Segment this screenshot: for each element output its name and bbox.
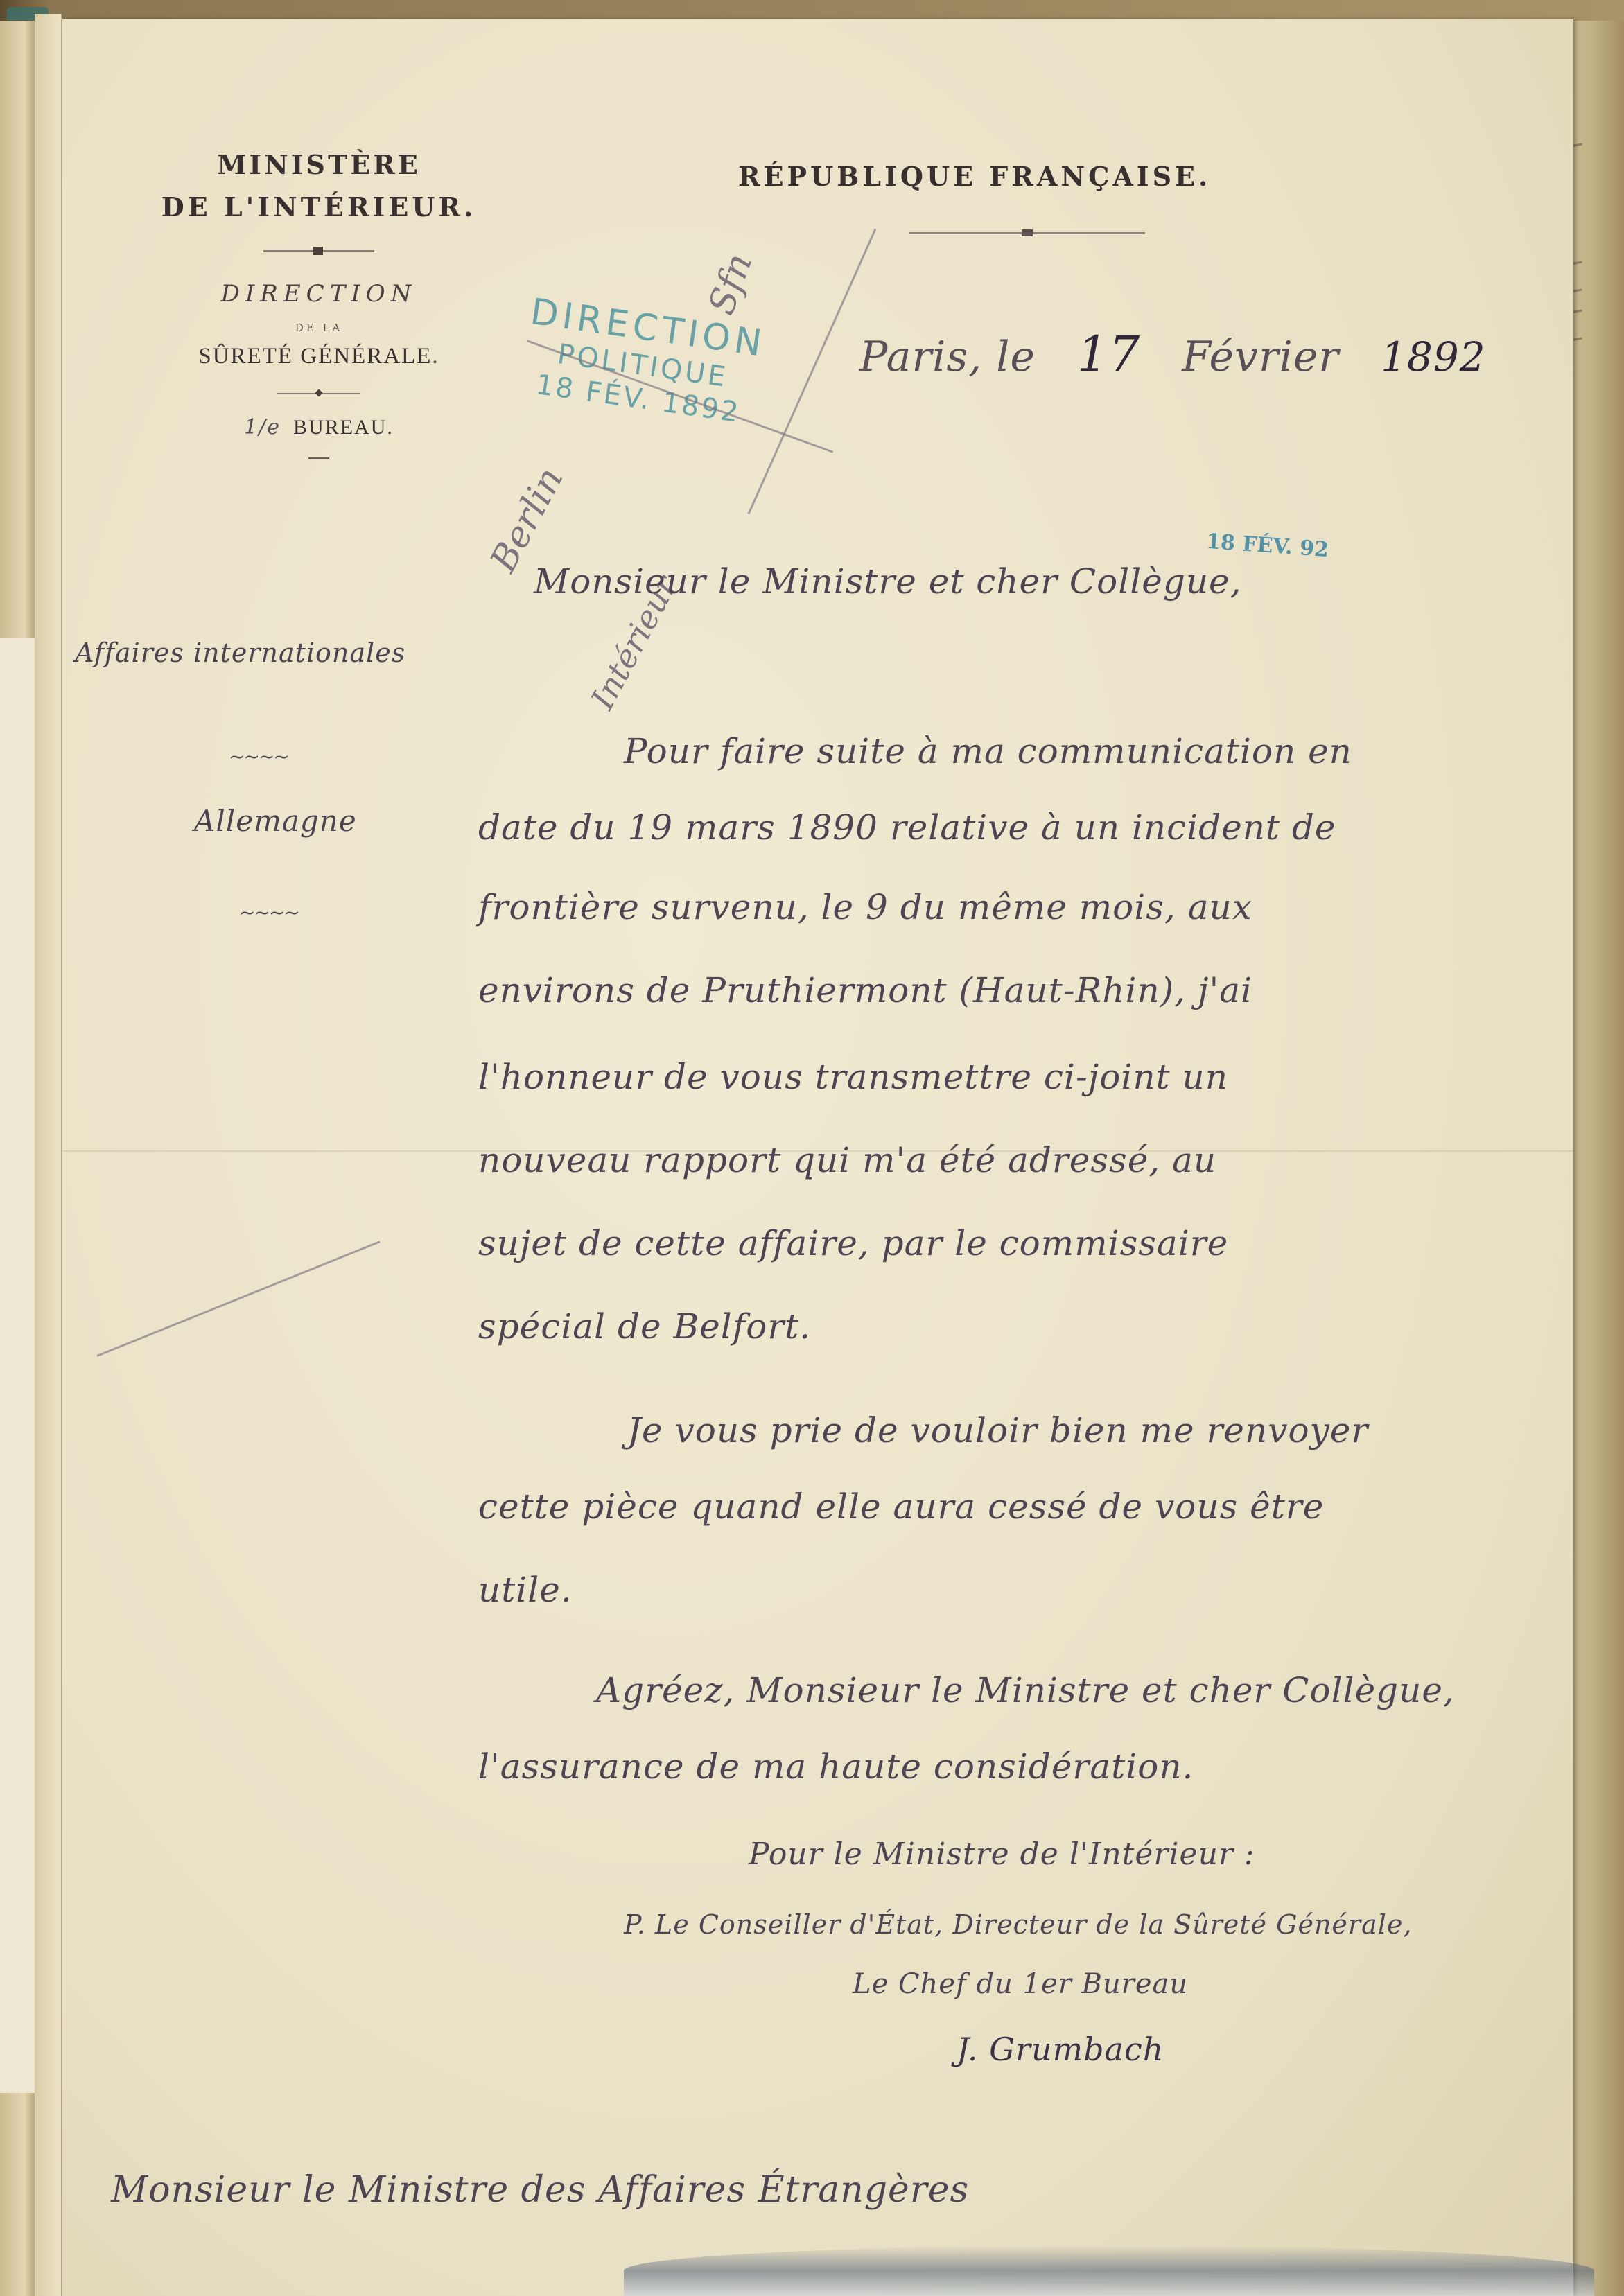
date-month: Février — [1182, 333, 1339, 381]
bottom-shadow — [624, 2245, 1594, 2296]
closing-conseiller: P. Le Conseiller d'État, Directeur de la… — [624, 1909, 1412, 1940]
salutation: Monsieur le Ministre et cher Collègue, — [534, 561, 1242, 602]
bureau-line: 1/eBUREAU. — [125, 415, 513, 439]
margin-subject: Affaires internationales — [75, 638, 405, 668]
date-line: Paris, le 17 Février 1892 — [859, 326, 1486, 383]
de-la-label: DE LA — [125, 322, 513, 334]
ministry-line2: DE L'INTÉRIEUR. — [125, 191, 513, 222]
body-line-9: Je vous prie de vouloir bien me renvoyer — [627, 1410, 1368, 1451]
direction-label: DIRECTION — [125, 280, 513, 308]
ornament-divider — [263, 250, 374, 252]
body-line-8: spécial de Belfort. — [478, 1306, 811, 1347]
ministry-line1: MINISTÈRE — [125, 149, 513, 180]
republique-ornament — [909, 232, 1145, 234]
body-line-7: sujet de cette affaire, par le commissai… — [478, 1223, 1228, 1263]
archival-photo: MINISTÈRE DE L'INTÉRIEUR. DIRECTION DE L… — [0, 0, 1624, 2296]
ornament-divider-small — [277, 393, 360, 394]
body-line-4: environs de Pruthiermont (Haut-Rhin), j'… — [478, 970, 1252, 1010]
date-year: 1892 — [1381, 333, 1486, 380]
body-line-2: date du 19 mars 1890 relative à un incid… — [478, 807, 1336, 848]
body-line-5: l'honneur de vous transmettre ci-joint u… — [478, 1057, 1228, 1097]
bureau-label: BUREAU. — [293, 416, 394, 439]
body-line-1: Pour faire suite à ma communication en — [624, 731, 1352, 771]
bureau-number: 1/e — [244, 415, 281, 439]
surete-generale-label: SÛRETÉ GÉNÉRALE. — [125, 344, 513, 369]
short-dash — [308, 457, 329, 459]
letterhead-ministry: MINISTÈRE DE L'INTÉRIEUR. DIRECTION DE L… — [125, 149, 513, 459]
binding-strip — [35, 14, 62, 2296]
date-place: Paris, le — [859, 333, 1036, 381]
date-day: 17 — [1077, 326, 1140, 383]
body-line-13: l'assurance de ma haute considération. — [478, 1746, 1194, 1787]
margin-divider-2: ~~~~ — [239, 901, 299, 924]
body-line-11: utile. — [478, 1570, 573, 1610]
republique-francaise-header: RÉPUBLIQUE FRANÇAISE. — [738, 161, 1211, 192]
body-line-12: Agréez, Monsieur le Ministre et cher Col… — [596, 1670, 1455, 1710]
margin-country: Allemagne — [194, 804, 357, 838]
margin-divider-1: ~~~~ — [229, 745, 288, 768]
body-line-6: nouveau rapport qui m'a été adressé, au — [478, 1140, 1216, 1180]
addressee: Monsieur le Ministre des Affaires Étrang… — [111, 2169, 969, 2211]
closing-chef-bureau: Le Chef du 1er Bureau — [853, 1968, 1188, 2000]
signature: J. Grumbach — [957, 2031, 1164, 2068]
body-line-10: cette pièce quand elle aura cessé de vou… — [478, 1487, 1324, 1527]
body-line-3: frontière survenu, le 9 du même mois, au… — [478, 887, 1252, 927]
closing-pour-le-ministre: Pour le Ministre de l'Intérieur : — [749, 1837, 1255, 1872]
